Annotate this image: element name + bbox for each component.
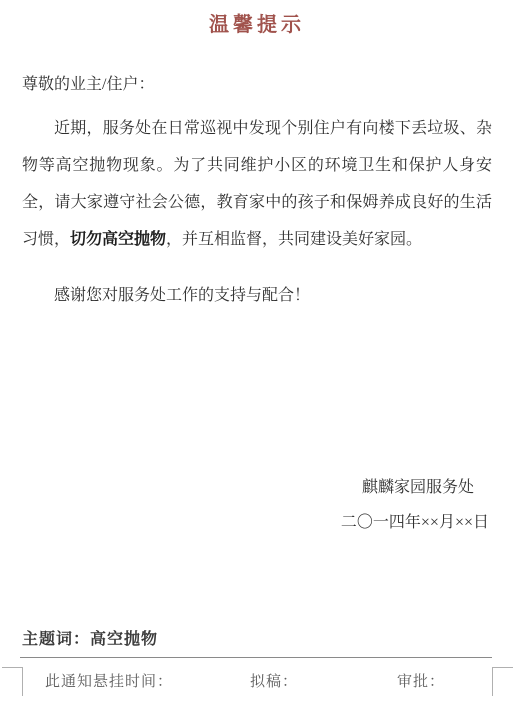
- keyword-line: 主题词：高空抛物: [22, 626, 158, 649]
- notice-document: 温馨提示 尊敬的业主/住户： 近期，服务处在日常巡视中发现个别住户有向楼下丢垃圾…: [0, 0, 514, 702]
- emphasized-warning-text: 切勿高空抛物: [70, 231, 166, 248]
- footer-field-draft: 拟稿：: [250, 670, 298, 691]
- signature-date: 二〇一四年××月××日: [341, 505, 489, 540]
- keyword-label: 主题词：: [22, 631, 90, 648]
- main-paragraph-text-after: ，并互相监督，共同建设美好家园。: [166, 231, 422, 248]
- footer-field-hang-time: 此通知悬挂时间：: [45, 670, 173, 691]
- page-title: 温馨提示: [0, 0, 514, 37]
- signature-organization: 麒麟家园服务处: [341, 470, 474, 505]
- document-body: 尊敬的业主/住户： 近期，服务处在日常巡视中发现个别住户有向楼下丢垃圾、杂物等高…: [22, 66, 492, 314]
- main-paragraph-text-before: 近期，服务处在日常巡视中发现个别住户有向楼下丢垃圾、杂物等高空抛物现象。为了共同…: [22, 120, 492, 248]
- footer-divider-line: [20, 657, 492, 658]
- table-corner-right-icon: [492, 667, 513, 696]
- keyword-value: 高空抛物: [90, 631, 158, 648]
- thanks-paragraph: 感谢您对服务处工作的支持与配合！: [22, 277, 492, 314]
- table-corner-left-icon: [2, 667, 23, 696]
- footer-field-approval: 审批：: [397, 670, 445, 691]
- main-paragraph: 近期，服务处在日常巡视中发现个别住户有向楼下丢垃圾、杂物等高空抛物现象。为了共同…: [22, 110, 492, 258]
- signature-block: 麒麟家园服务处 二〇一四年××月××日: [341, 470, 489, 540]
- salutation-line: 尊敬的业主/住户：: [22, 66, 492, 103]
